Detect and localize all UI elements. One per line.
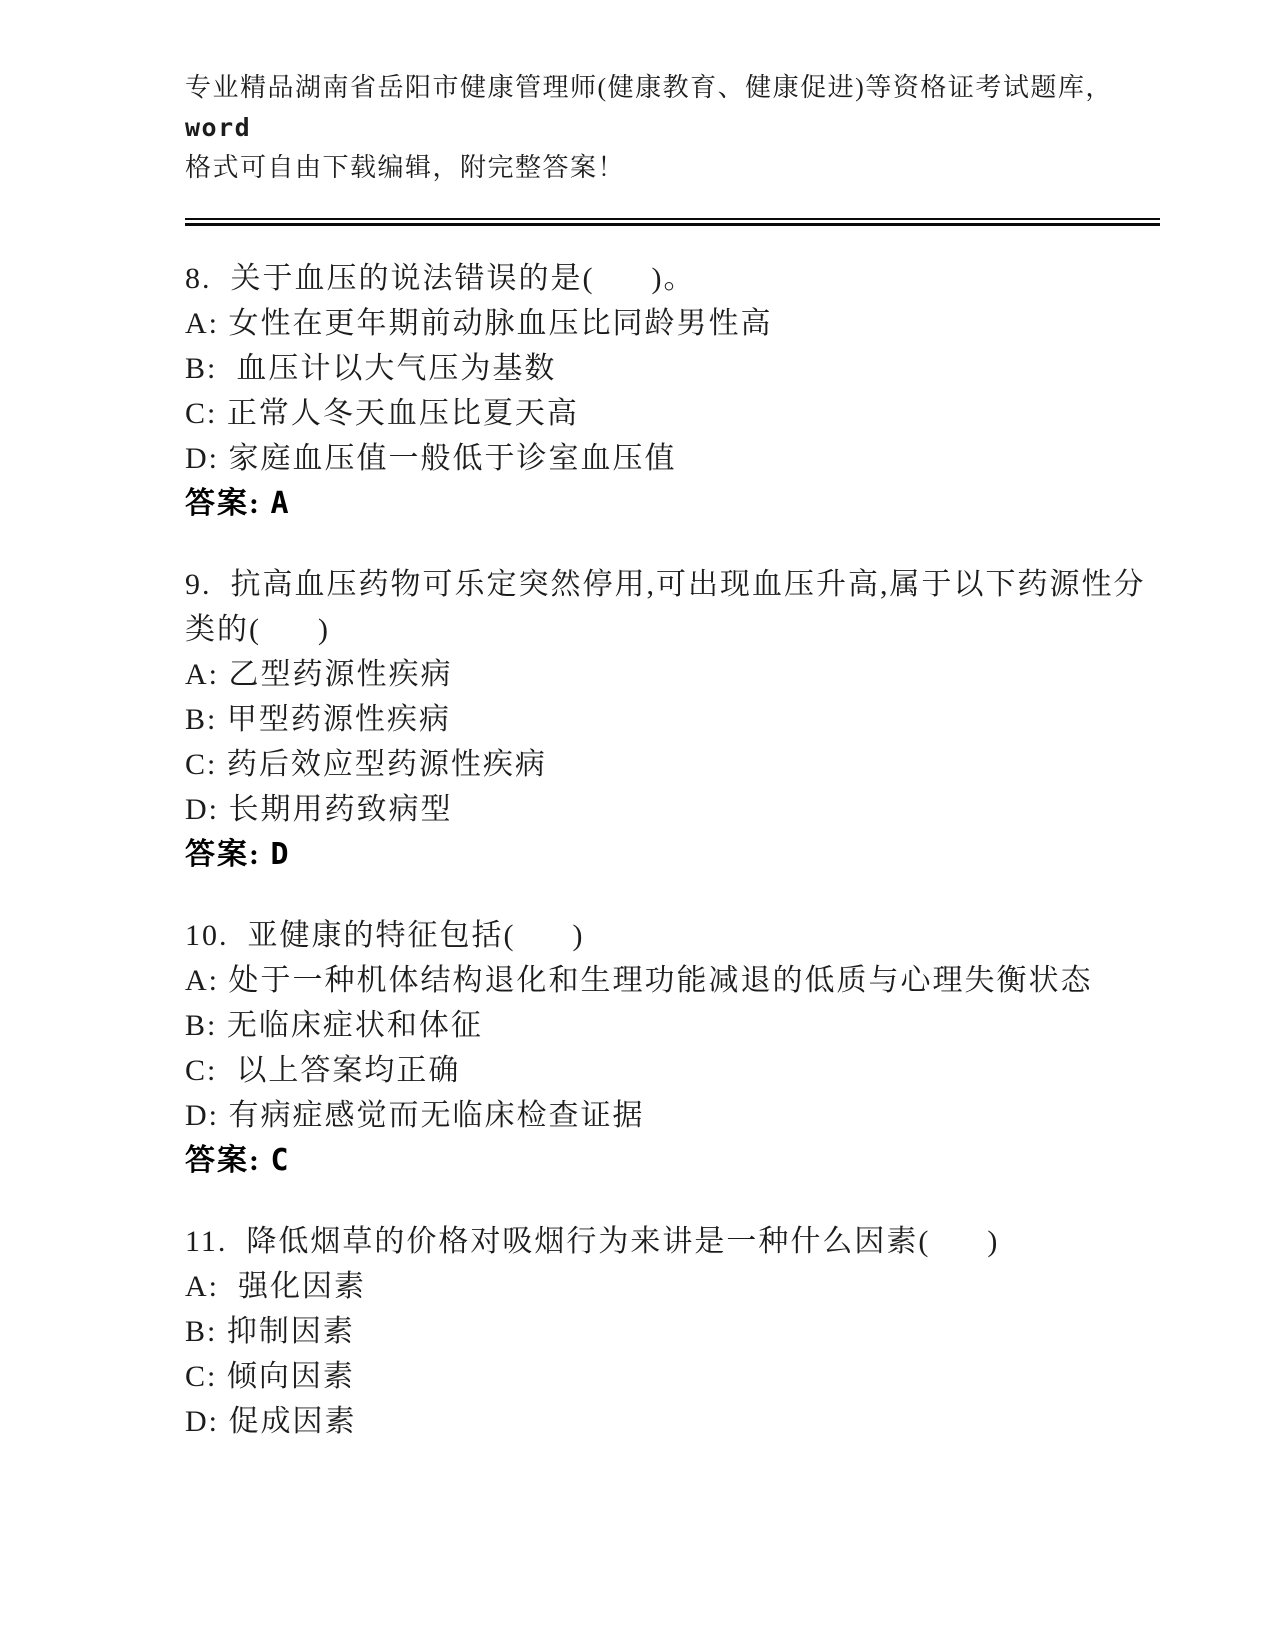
question-9-option-d: D: 长期用药致病型 <box>185 787 1175 832</box>
question-8-option-a: A: 女性在更年期前动脉血压比同龄男性高 <box>185 301 1175 346</box>
question-8-answer: 答案: A <box>185 481 1175 526</box>
question-8-answer-label: 答案: <box>185 487 271 520</box>
question-9: 9. 抗高血压药物可乐定突然停用,可出现血压升高,属于以下药源性分 类的( ) … <box>185 562 1175 877</box>
header-divider-rule <box>185 218 1160 226</box>
question-11-option-b: B: 抑制因素 <box>185 1309 1175 1354</box>
question-9-option-a: A: 乙型药源性疾病 <box>185 652 1175 697</box>
header-line-1-text: 专业精品湖南省岳阳市健康管理师(健康教育、健康促进)等资格证考试题库， <box>185 73 1113 102</box>
question-8: 8. 关于血压的说法错误的是( )。 A: 女性在更年期前动脉血压比同龄男性高 … <box>185 256 1175 526</box>
question-10-answer-value: C <box>271 1143 291 1178</box>
question-10-title: 10. 亚健康的特征包括( ) <box>185 913 1175 958</box>
question-10-option-a: A: 处于一种机体结构退化和生理功能减退的低质与心理失衡状态 <box>185 958 1175 1003</box>
question-10-option-c: C: 以上答案均正确 <box>185 1048 1175 1093</box>
question-11-option-c: C: 倾向因素 <box>185 1354 1175 1399</box>
question-10-answer-label: 答案: <box>185 1144 271 1177</box>
question-10-answer: 答案: C <box>185 1138 1175 1183</box>
question-9-option-c: C: 药后效应型药源性疾病 <box>185 742 1175 787</box>
document-header: 专业精品湖南省岳阳市健康管理师(健康教育、健康促进)等资格证考试题库，word … <box>185 68 1175 188</box>
question-9-answer: 答案: D <box>185 832 1175 877</box>
question-8-option-b: B: 血压计以大气压为基数 <box>185 346 1175 391</box>
question-8-option-c: C: 正常人冬天血压比夏天高 <box>185 391 1175 436</box>
question-8-title: 8. 关于血压的说法错误的是( )。 <box>185 256 1175 301</box>
question-8-answer-value: A <box>271 486 291 521</box>
question-9-title-line-1: 9. 抗高血压药物可乐定突然停用,可出现血压升高,属于以下药源性分 <box>185 562 1175 607</box>
header-line-1: 专业精品湖南省岳阳市健康管理师(健康教育、健康促进)等资格证考试题库，word <box>185 68 1175 148</box>
question-8-option-d: D: 家庭血压值一般低于诊室血压值 <box>185 436 1175 481</box>
question-9-answer-value: D <box>271 837 291 872</box>
question-11-title: 11. 降低烟草的价格对吸烟行为来讲是一种什么因素( ) <box>185 1219 1175 1264</box>
question-9-title-line-2: 类的( ) <box>185 607 1175 652</box>
question-11-option-a: A: 强化因素 <box>185 1264 1175 1309</box>
question-9-answer-label: 答案: <box>185 838 271 871</box>
question-11-option-d: D: 促成因素 <box>185 1399 1175 1444</box>
header-line-2: 格式可自由下载编辑，附完整答案！ <box>185 148 1175 188</box>
question-10-option-d: D: 有病症感觉而无临床检查证据 <box>185 1093 1175 1138</box>
header-word-label: word <box>185 113 251 142</box>
question-10-option-b: B: 无临床症状和体征 <box>185 1003 1175 1048</box>
document-page: 专业精品湖南省岳阳市健康管理师(健康教育、健康促进)等资格证考试题库，word … <box>0 0 1275 1650</box>
question-11: 11. 降低烟草的价格对吸烟行为来讲是一种什么因素( ) A: 强化因素 B: … <box>185 1219 1175 1444</box>
question-10: 10. 亚健康的特征包括( ) A: 处于一种机体结构退化和生理功能减退的低质与… <box>185 913 1175 1183</box>
question-list: 8. 关于血压的说法错误的是( )。 A: 女性在更年期前动脉血压比同龄男性高 … <box>185 256 1175 1444</box>
question-9-option-b: B: 甲型药源性疾病 <box>185 697 1175 742</box>
